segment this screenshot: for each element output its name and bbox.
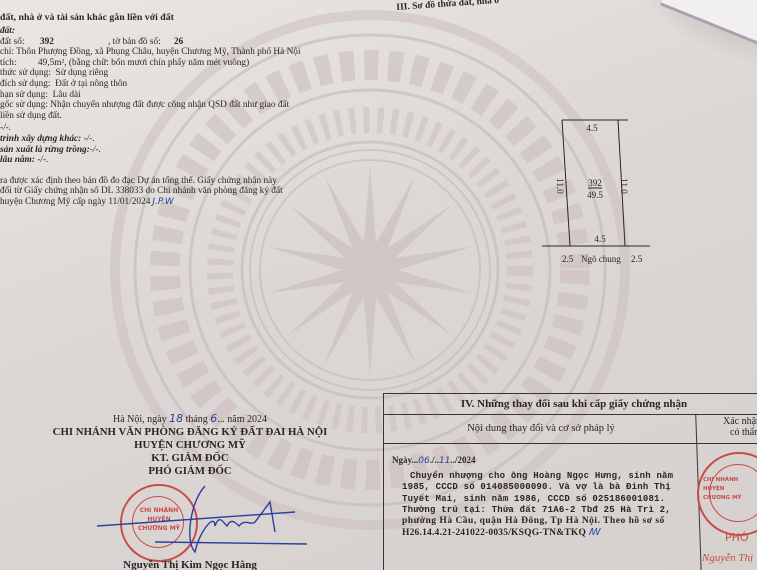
- entry-line-2: 1985, CCCD số 014085000090. Và vợ là bà …: [402, 482, 673, 493]
- left-side-length: 11.0: [554, 174, 566, 198]
- entry-date: Ngày...06./..11../2024: [392, 454, 475, 467]
- road-right-width: 2.5: [631, 253, 642, 265]
- confirm-title: PHÓ: [725, 532, 749, 544]
- note-line-3: huyện Chương Mỹ cấp ngày 11/01/2024J.P.W: [0, 197, 380, 208]
- road-label: Ngõ chung: [581, 253, 621, 265]
- section-4-title: IV. Những thay đổi sau khi cấp giấy chứn…: [384, 394, 757, 415]
- signature-block: Hà Nội, ngày 18 tháng 6... năm 2024 CHI …: [0, 412, 380, 478]
- note-line-2: đổi từ Giấy chứng nhận số DL 338033 do C…: [0, 186, 380, 197]
- issue-day: 18: [169, 412, 183, 425]
- field-usage-origin-cont: liền sử dụng đất.: [0, 111, 380, 122]
- issue-month: 6: [210, 412, 217, 425]
- bottom-width: 4.5: [588, 233, 612, 245]
- road-left-width: 2.5: [562, 253, 573, 265]
- entry-line-1: Chuyển nhượng cho ông Hoàng Ngọc Hưng, s…: [402, 471, 673, 482]
- confirm-signer: Nguyễn Thị: [702, 552, 753, 564]
- org-line-1: CHI NHÁNH VĂN PHÒNG ĐĂNG KÝ ĐẤT ĐAI HÀ N…: [0, 426, 380, 439]
- dash-line: -/-.: [0, 123, 380, 134]
- top-width: 4.5: [580, 122, 604, 134]
- note-line-1: ra được xác định theo bản đồ đo đạc Dự á…: [0, 176, 380, 187]
- col-header-confirm-2: có thẩm: [706, 427, 757, 439]
- field-usage-purpose: đích sử dụng: Đất ở tại nông thôn: [0, 79, 380, 90]
- subheading: đất:: [0, 26, 380, 37]
- field-perennial: lâu năm: -/-.: [0, 155, 380, 166]
- certificate-page: đất, nhà ở và tài sản khác gắn liền với …: [0, 0, 757, 570]
- entry-line-6: H26.14.4.21-241022-0035/KSQG-TN&TKQꟿ: [402, 527, 673, 539]
- field-address: chỉ: Thôn Phượng Đồng, xã Phụng Châu, hu…: [0, 47, 380, 58]
- signer-title-2: PHÓ GIÁM ĐỐC: [0, 465, 380, 478]
- entry-content: Chuyển nhượng cho ông Hoàng Ngọc Hưng, s…: [402, 471, 673, 540]
- issue-date: Hà Nội, ngày 18 tháng 6... năm 2024: [0, 412, 380, 426]
- section-title: đất, nhà ở và tài sản khác gắn liền với …: [0, 13, 380, 26]
- note-initials: J.P.W: [152, 197, 173, 207]
- field-other-construction: trình xây dựng khác: -/-.: [0, 134, 380, 145]
- entry-line-5: phường Hà Cầu, quận Hà Đông, Tp Hà Nội. …: [402, 516, 673, 527]
- col-header-changes: Nội dung thay đổi và cơ sở pháp lý: [384, 423, 698, 435]
- table-header-row: Nội dung thay đổi và cơ sở pháp lý Xác n…: [384, 415, 757, 444]
- field-usage-origin: gốc sử dụng: Nhận chuyển nhượng đất được…: [0, 100, 380, 111]
- field-usage-form: thức sử dụng: Sử dụng riêng: [0, 68, 380, 79]
- area-label: 49.5: [582, 189, 608, 201]
- field-parcel: đất số: 392 , tờ bản đồ số: 26: [0, 37, 380, 48]
- right-side-length: 11.0: [618, 174, 630, 198]
- land-details: đất, nhà ở và tài sản khác gắn liền với …: [0, 13, 380, 208]
- field-area: tích:49,5m², (bằng chữ: bốn mươi chín ph…: [0, 58, 380, 69]
- plot-diagram: 4.5 11.0 11.0 392 49.5 4.5 2.5 Ngõ chung…: [540, 110, 690, 270]
- parcel-label: 392: [582, 177, 608, 189]
- entry-line-4: Thường trú tại: Thửa đất 71A6-2 Tbđ 25 H…: [402, 505, 673, 516]
- parcel-number: 392: [40, 37, 54, 48]
- field-planted-forest: sản xuất là rừng trồng:-/-.: [0, 145, 380, 156]
- entry-line-3: Tuyết Mai, sinh năm 1986, CCCD số 025186…: [402, 494, 673, 505]
- signature-icon: [95, 482, 325, 562]
- signer-name: Nguyễn Thị Kim Ngọc Hằng: [0, 559, 380, 570]
- signer-title-1: KT. GIÁM ĐỐC: [0, 452, 380, 465]
- map-sheet-number: 26: [174, 37, 183, 48]
- field-usage-term: hạn sử dụng: Lâu dài: [0, 90, 380, 101]
- org-line-2: HUYỆN CHƯƠNG MỸ: [0, 439, 380, 452]
